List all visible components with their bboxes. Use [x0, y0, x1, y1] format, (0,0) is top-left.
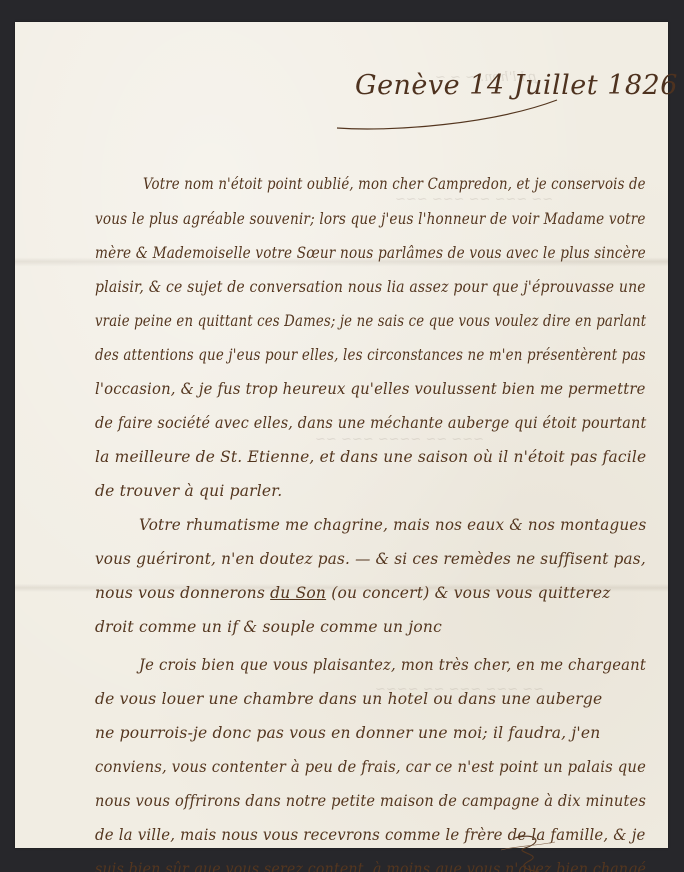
letter-line-15: Je crois bien que vous plaisantez, mon t…: [139, 656, 646, 674]
letter-line-6: des attentions que j'eus pour elles, les…: [95, 346, 646, 364]
letter-paper: ꝑ ł l'hon. ~ ~ ~ ~~ ~~~ ~~ ~~~ ~~~ ~~~ ~…: [15, 22, 668, 848]
letter-line-11: Votre rhumatisme me chagrine, mais nos e…: [139, 516, 646, 534]
letter-line-13-text: nous vous donnerons du Son (ou concert) …: [95, 584, 611, 602]
letter-line-7: l'occasion, & je fus trop heureux qu'ell…: [95, 380, 646, 398]
bleed-through-text: ~~ ~~~ ~~ ~~~ ~~~: [395, 192, 553, 207]
letter-line-18: conviens, vous contenter à peu de frais,…: [95, 758, 646, 776]
underlined-phrase: du Son: [270, 584, 326, 602]
catchword-flourish-icon: [495, 830, 575, 872]
letter-line-8: de faire société avec elles, dans une mé…: [95, 414, 646, 432]
letter-line-9: la meilleure de St. Etienne, et dans une…: [95, 448, 646, 466]
letter-line-1: Votre nom n'étoit point oublié, mon cher…: [143, 175, 646, 193]
letter-line-12: vous guériront, n'en doutez pas. — & si …: [95, 550, 646, 568]
letter-line-10: de trouver à qui parler.: [95, 482, 282, 500]
letter-line-5: vraie peine en quittant ces Dames; je ne…: [95, 312, 646, 330]
scanned-letter: ꝑ ł l'hon. ~ ~ ~ ~~ ~~~ ~~ ~~~ ~~~ ~~~ ~…: [0, 0, 684, 872]
letter-line-14: droit comme un if & souple comme un jonc: [95, 618, 442, 636]
letter-dateline: Genève 14 Juillet 1826: [355, 70, 678, 101]
dateline-flourish-icon: [333, 98, 563, 132]
bleed-through-text: ~~~ ~~ ~~~~ ~~~ ~~: [315, 432, 484, 447]
letter-line-13: nous vous donnerons du Son (ou concert) …: [95, 584, 611, 602]
letter-line-17: ne pourrois-je donc pas vous en donner u…: [95, 724, 600, 742]
letter-line-2: vous le plus agréable souvenir; lors que…: [95, 210, 646, 228]
letter-line-4: plaisir, & ce sujet de conversation nous…: [95, 278, 646, 296]
letter-line-3: mère & Mademoiselle votre Sœur nous parl…: [95, 244, 646, 262]
letter-line-19: nous vous offrirons dans notre petite ma…: [95, 792, 646, 810]
letter-line-16: de vous louer une chambre dans un hotel …: [95, 690, 602, 708]
